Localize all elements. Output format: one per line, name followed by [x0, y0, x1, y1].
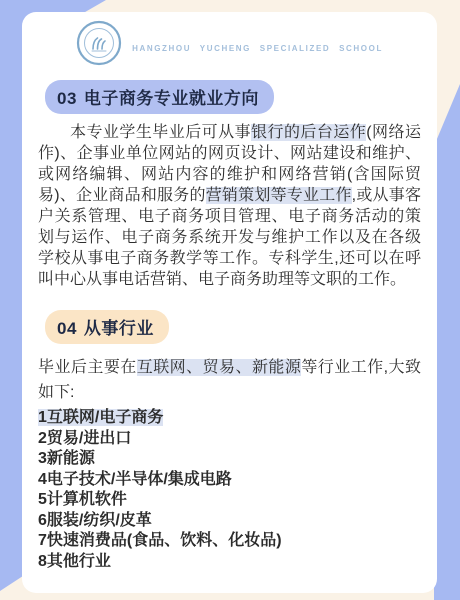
industries-intro: 毕业后主要在互联网、贸易、新能源等行业工作,大致如下:	[38, 355, 421, 405]
industry-item-label: 2贸易/进出口	[38, 430, 131, 447]
text-segment: 银行的后台运作	[251, 124, 366, 141]
industry-item-label: 7快速消费品(食品、饮料、化妆品)	[38, 532, 282, 549]
industry-item: 5计算机软件	[38, 490, 421, 511]
industry-item: 6服装/纺织/皮革	[38, 511, 421, 532]
section-03-heading: 03电子商务专业就业方向	[45, 80, 274, 114]
industry-list: 1互联网/电子商务2贸易/进出口3新能源4电子技术/半导体/集成电路5计算机软件…	[38, 408, 421, 572]
text-segment: 毕业后主要在	[38, 359, 137, 376]
text-segment: 本专业学生毕业后可从事	[70, 124, 251, 141]
industry-item-label: 3新能源	[38, 450, 95, 467]
industry-item-label: 1互联网/电子商务	[38, 409, 163, 426]
industry-item: 8其他行业	[38, 552, 421, 573]
text-segment: 营销策划等专业工作	[206, 187, 352, 204]
industry-item-label: 6服装/纺织/皮革	[38, 512, 152, 529]
industry-item: 3新能源	[38, 449, 421, 470]
section-04-title: 从事行业	[84, 319, 154, 338]
text-segment: 互联网、贸易、新能源	[137, 359, 302, 376]
school-name: HANGZHOU YUCHENG SPECIALIZED SCHOOL	[132, 34, 383, 53]
industry-item: 4电子技术/半导体/集成电路	[38, 470, 421, 491]
content-card: HANGZHOU YUCHENG SPECIALIZED SCHOOL 03电子…	[22, 12, 437, 593]
section-03-title: 电子商务专业就业方向	[84, 89, 259, 108]
school-header: HANGZHOU YUCHENG SPECIALIZED SCHOOL	[36, 17, 423, 69]
industry-item-label: 4电子技术/半导体/集成电路	[38, 471, 232, 488]
employment-paragraph: 本专业学生毕业后可从事银行的后台运作(网络运作)、企事业单位网站的网页设计、网站…	[38, 122, 421, 290]
section-03-number: 03	[57, 89, 77, 108]
industry-item: 7快速消费品(食品、饮料、化妆品)	[38, 531, 421, 552]
school-seal-icon	[76, 20, 122, 66]
industry-item: 1互联网/电子商务	[38, 408, 421, 429]
section-04-heading: 04从事行业	[45, 310, 169, 344]
industry-item-label: 5计算机软件	[38, 491, 127, 508]
frame-band-right	[433, 0, 460, 600]
industry-item: 2贸易/进出口	[38, 429, 421, 450]
industry-item-label: 8其他行业	[38, 553, 111, 570]
section-04-number: 04	[57, 319, 77, 338]
